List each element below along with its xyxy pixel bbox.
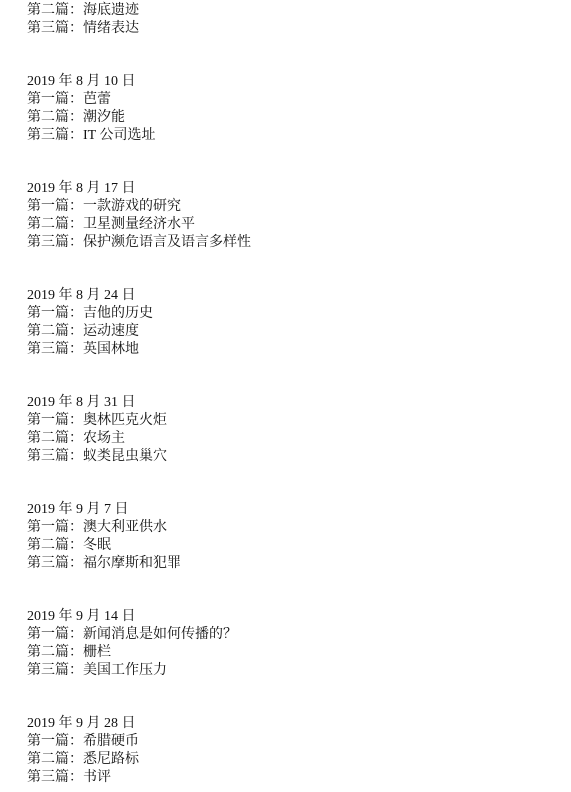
entry-line: 第二篇：农场主 bbox=[27, 430, 251, 448]
exam-date: 2019 年 9 月 14 日 bbox=[27, 608, 251, 626]
passage-title: 保护濒危语言及语言多样性 bbox=[83, 235, 251, 250]
passage-label: 第一篇： bbox=[27, 413, 83, 428]
passage-title: 潮汐能 bbox=[83, 110, 125, 125]
entry-line: 第三篇：蚁类昆虫巢穴 bbox=[27, 448, 251, 466]
entry-line: 第三篇：情绪表达 bbox=[27, 20, 251, 38]
passage-label: 第二篇： bbox=[27, 645, 83, 660]
passage-label: 第一篇： bbox=[27, 520, 83, 535]
exam-block: 2019 年 8 月 10 日 第一篇：芭蕾 第二篇：潮汐能 第三篇：IT 公司… bbox=[27, 73, 251, 145]
entry-line: 第三篇：书评 bbox=[27, 769, 251, 787]
passage-label: 第一篇： bbox=[27, 92, 83, 107]
entry-line: 第一篇：一款游戏的研究 bbox=[27, 198, 251, 216]
passage-label: 第三篇： bbox=[27, 21, 83, 36]
passage-title: 蚁类昆虫巢穴 bbox=[83, 449, 167, 464]
passage-title: 希腊硬币 bbox=[83, 734, 139, 749]
entry-line: 第三篇：IT 公司选址 bbox=[27, 127, 251, 145]
passage-label: 第一篇： bbox=[27, 734, 83, 749]
passage-label: 第三篇： bbox=[27, 128, 83, 143]
exam-date: 2019 年 9 月 28 日 bbox=[27, 715, 251, 733]
passage-label: 第三篇： bbox=[27, 449, 83, 464]
passage-label: 第二篇： bbox=[27, 538, 83, 553]
passage-title: 农场主 bbox=[83, 431, 125, 446]
passage-label: 第三篇： bbox=[27, 235, 83, 250]
passage-label: 第三篇： bbox=[27, 556, 83, 571]
exam-date: 2019 年 8 月 31 日 bbox=[27, 394, 251, 412]
passage-label: 第二篇： bbox=[27, 324, 83, 339]
passage-title: 栅栏 bbox=[83, 645, 111, 660]
exam-block: 2019 年 9 月 14 日 第一篇：新闻消息是如何传播的？ 第二篇：栅栏 第… bbox=[27, 608, 251, 680]
entry-line: 第二篇：海底遗迹 bbox=[27, 2, 251, 20]
passage-label: 第三篇： bbox=[27, 770, 83, 785]
entry-line: 第二篇：冬眠 bbox=[27, 537, 251, 555]
passage-title: 澳大利亚供水 bbox=[83, 520, 167, 535]
entry-line: 第二篇：卫星测量经济水平 bbox=[27, 216, 251, 234]
passage-title: 新闻消息是如何传播的？ bbox=[83, 627, 237, 642]
entry-line: 第二篇：潮汐能 bbox=[27, 109, 251, 127]
passage-title: 运动速度 bbox=[83, 324, 139, 339]
entry-line: 第三篇：美国工作压力 bbox=[27, 662, 251, 680]
passage-label: 第二篇： bbox=[27, 752, 83, 767]
passage-label: 第二篇： bbox=[27, 431, 83, 446]
passage-title: 福尔摩斯和犯罪 bbox=[83, 556, 181, 571]
passage-label: 第二篇： bbox=[27, 110, 83, 125]
exam-block: 2019 年 8 月 24 日 第一篇：吉他的历史 第二篇：运动速度 第三篇：英… bbox=[27, 287, 251, 359]
passage-label: 第一篇： bbox=[27, 306, 83, 321]
passage-label: 第三篇： bbox=[27, 663, 83, 678]
entry-line: 第一篇：吉他的历史 bbox=[27, 305, 251, 323]
entry-line: 第一篇：澳大利亚供水 bbox=[27, 519, 251, 537]
passage-title: 书评 bbox=[83, 770, 111, 785]
entry-line: 第三篇：保护濒危语言及语言多样性 bbox=[27, 234, 251, 252]
passage-title: 奥林匹克火炬 bbox=[83, 413, 167, 428]
document-page: 第二篇：海底遗迹 第三篇：情绪表达 2019 年 8 月 10 日 第一篇：芭蕾… bbox=[27, 2, 251, 787]
passage-title: 冬眠 bbox=[83, 538, 111, 553]
entry-line: 第一篇：奥林匹克火炬 bbox=[27, 412, 251, 430]
entry-line: 第三篇：英国林地 bbox=[27, 341, 251, 359]
passage-title: 芭蕾 bbox=[83, 92, 111, 107]
passage-title: 一款游戏的研究 bbox=[83, 199, 181, 214]
exam-block: 2019 年 9 月 7 日 第一篇：澳大利亚供水 第二篇：冬眠 第三篇：福尔摩… bbox=[27, 501, 251, 573]
passage-title: 悉尼路标 bbox=[83, 752, 139, 767]
entry-line: 第一篇：希腊硬币 bbox=[27, 733, 251, 751]
exam-date: 2019 年 8 月 17 日 bbox=[27, 180, 251, 198]
exam-block: 2019 年 8 月 17 日 第一篇：一款游戏的研究 第二篇：卫星测量经济水平… bbox=[27, 180, 251, 252]
passage-label: 第一篇： bbox=[27, 627, 83, 642]
passage-title: 海底遗迹 bbox=[83, 3, 139, 18]
entry-line: 第一篇：芭蕾 bbox=[27, 91, 251, 109]
passage-title: IT 公司选址 bbox=[83, 128, 155, 143]
passage-title: 情绪表达 bbox=[83, 21, 139, 36]
passage-label: 第一篇： bbox=[27, 199, 83, 214]
passage-title: 美国工作压力 bbox=[83, 663, 167, 678]
entry-line: 第二篇：运动速度 bbox=[27, 323, 251, 341]
partial-exam-block: 第二篇：海底遗迹 第三篇：情绪表达 bbox=[27, 2, 251, 38]
exam-date: 2019 年 8 月 24 日 bbox=[27, 287, 251, 305]
exam-date: 2019 年 9 月 7 日 bbox=[27, 501, 251, 519]
passage-label: 第二篇： bbox=[27, 3, 83, 18]
passage-label: 第二篇： bbox=[27, 217, 83, 232]
entry-line: 第二篇：悉尼路标 bbox=[27, 751, 251, 769]
passage-title: 英国林地 bbox=[83, 342, 139, 357]
passage-label: 第三篇： bbox=[27, 342, 83, 357]
exam-block: 2019 年 8 月 31 日 第一篇：奥林匹克火炬 第二篇：农场主 第三篇：蚁… bbox=[27, 394, 251, 466]
entry-line: 第一篇：新闻消息是如何传播的？ bbox=[27, 626, 251, 644]
passage-title: 卫星测量经济水平 bbox=[83, 217, 195, 232]
entry-line: 第三篇：福尔摩斯和犯罪 bbox=[27, 555, 251, 573]
exam-date: 2019 年 8 月 10 日 bbox=[27, 73, 251, 91]
exam-block: 2019 年 9 月 28 日 第一篇：希腊硬币 第二篇：悉尼路标 第三篇：书评 bbox=[27, 715, 251, 787]
passage-title: 吉他的历史 bbox=[83, 306, 153, 321]
entry-line: 第二篇：栅栏 bbox=[27, 644, 251, 662]
